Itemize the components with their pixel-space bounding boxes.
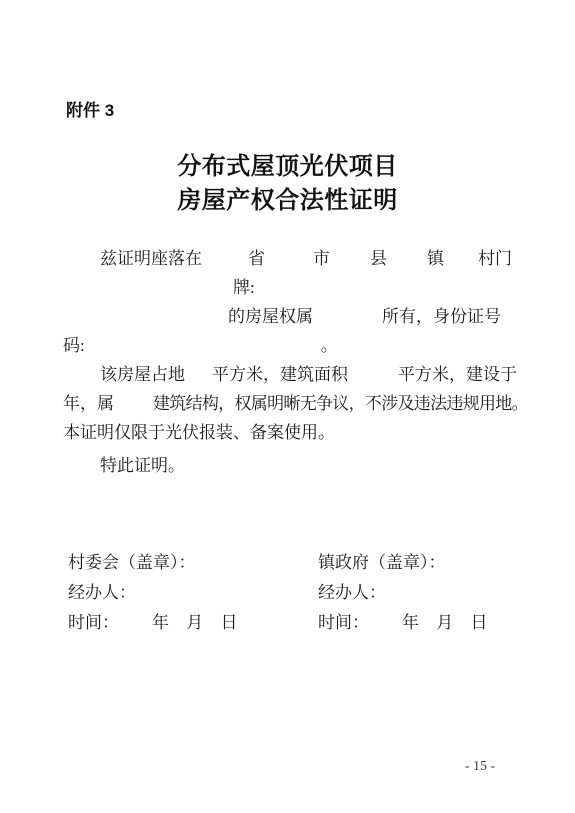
town-handler-label: 经办人：: [318, 578, 386, 608]
ownership-text: 的房屋权属: [228, 302, 313, 331]
body-line-idcode: 码: 。: [63, 331, 533, 360]
county-label: 县: [370, 244, 387, 273]
document-title: 分布式屋顶光伏项目 房屋产权合法性证明: [0, 150, 575, 218]
body-line-usage: 本证明仅限于光伏报装、备案使用。: [63, 418, 533, 447]
body-line-ownership: 的房屋权属 所有，身份证号: [63, 302, 533, 331]
area-clause1-text: 平方米，建筑面积: [212, 360, 348, 389]
body-line-hereby: 特此证明。: [63, 451, 533, 480]
plate-label: 牌:: [233, 273, 255, 302]
signature-row-org: 村委会（盖章）： 镇政府（盖章）：: [63, 548, 533, 578]
blank-structure-type: [114, 408, 153, 409]
blank-id-number: [85, 350, 321, 351]
document-page: 附件 3 分布式屋顶光伏项目 房屋产权合法性证明 兹证明座落在 省 市 县 镇 …: [0, 0, 575, 813]
blank-village: [444, 263, 478, 264]
usage-clause-text: 本证明仅限于光伏报装、备案使用。: [63, 418, 335, 447]
province-label: 省: [248, 244, 265, 273]
signature-row-handler: 经办人： 经办人：: [63, 578, 533, 608]
body-line-structure: 年，属 建筑结构，权属明晰无争议，不涉及违法违规用地。: [63, 389, 533, 418]
document-body: 兹证明座落在 省 市 县 镇 村门 牌: 的房屋权属 所有，身份证号 码: 。: [63, 244, 533, 480]
town-time-label: 时间：: [318, 608, 369, 638]
blank-before-plate: [63, 292, 233, 293]
village-date-text: 年 月 日: [152, 608, 238, 638]
body-line-plate: 牌:: [63, 273, 533, 302]
town-government-seal: 镇政府（盖章）：: [318, 548, 533, 578]
paragraph-indent: [63, 379, 100, 380]
owner-id-text: 所有，身份证号: [382, 302, 501, 331]
village-time-label: 时间：: [68, 608, 119, 638]
blank-date: [369, 627, 402, 628]
village-committee-seal-label: 村委会（盖章）：: [68, 548, 196, 578]
paragraph-indent: [63, 263, 100, 264]
town-label: 镇: [427, 244, 444, 273]
blank-province: [202, 263, 248, 264]
year-belong-text: 年，属: [63, 389, 114, 418]
village-door-label: 村门: [478, 244, 512, 273]
title-line-1: 分布式屋顶光伏项目: [0, 150, 575, 184]
code-label: 码:: [63, 331, 85, 360]
blank-county: [330, 263, 370, 264]
town-date: 时间： 年 月 日: [318, 608, 533, 638]
blank-city: [265, 263, 313, 264]
signature-row-date: 时间： 年 月 日 时间： 年 月 日: [63, 608, 533, 638]
town-handler: 经办人：: [318, 578, 533, 608]
body-line-location: 兹证明座落在 省 市 县 镇 村门: [63, 244, 533, 273]
body-line-area: 该房屋占地 平方米，建筑面积 平方米，建设于: [63, 360, 533, 389]
paragraph-indent: [63, 470, 100, 471]
signature-section: 村委会（盖章）： 镇政府（盖章）： 经办人： 经办人： 时间： 年 月 日 时间…: [63, 548, 533, 638]
certify-lead-text: 兹证明座落在: [100, 244, 202, 273]
city-label: 市: [313, 244, 330, 273]
page-number: - 15 -: [440, 759, 520, 775]
village-date: 时间： 年 月 日: [63, 608, 318, 638]
blank-land-area: [185, 379, 212, 380]
blank-build-area: [348, 379, 398, 380]
structure-clause-text: 建筑结构，权属明晰无争议，不涉及违法违规用地。: [153, 389, 528, 418]
sentence-period: 。: [321, 331, 338, 360]
village-committee-seal: 村委会（盖章）：: [63, 548, 318, 578]
town-date-text: 年 月 日: [402, 608, 488, 638]
blank-owner-name: [313, 321, 382, 322]
title-line-2: 房屋产权合法性证明: [0, 184, 575, 218]
land-lead-text: 该房屋占地: [100, 360, 185, 389]
village-handler: 经办人：: [63, 578, 318, 608]
attachment-label: 附件 3: [66, 96, 114, 121]
hereby-text: 特此证明。: [100, 451, 185, 480]
blank-town: [387, 263, 427, 264]
area-clause2-text: 平方米，建设于: [398, 360, 517, 389]
town-government-seal-label: 镇政府（盖章）：: [318, 548, 446, 578]
blank-date: [119, 627, 152, 628]
blank-before-ownership: [63, 321, 228, 322]
village-handler-label: 经办人：: [68, 578, 136, 608]
